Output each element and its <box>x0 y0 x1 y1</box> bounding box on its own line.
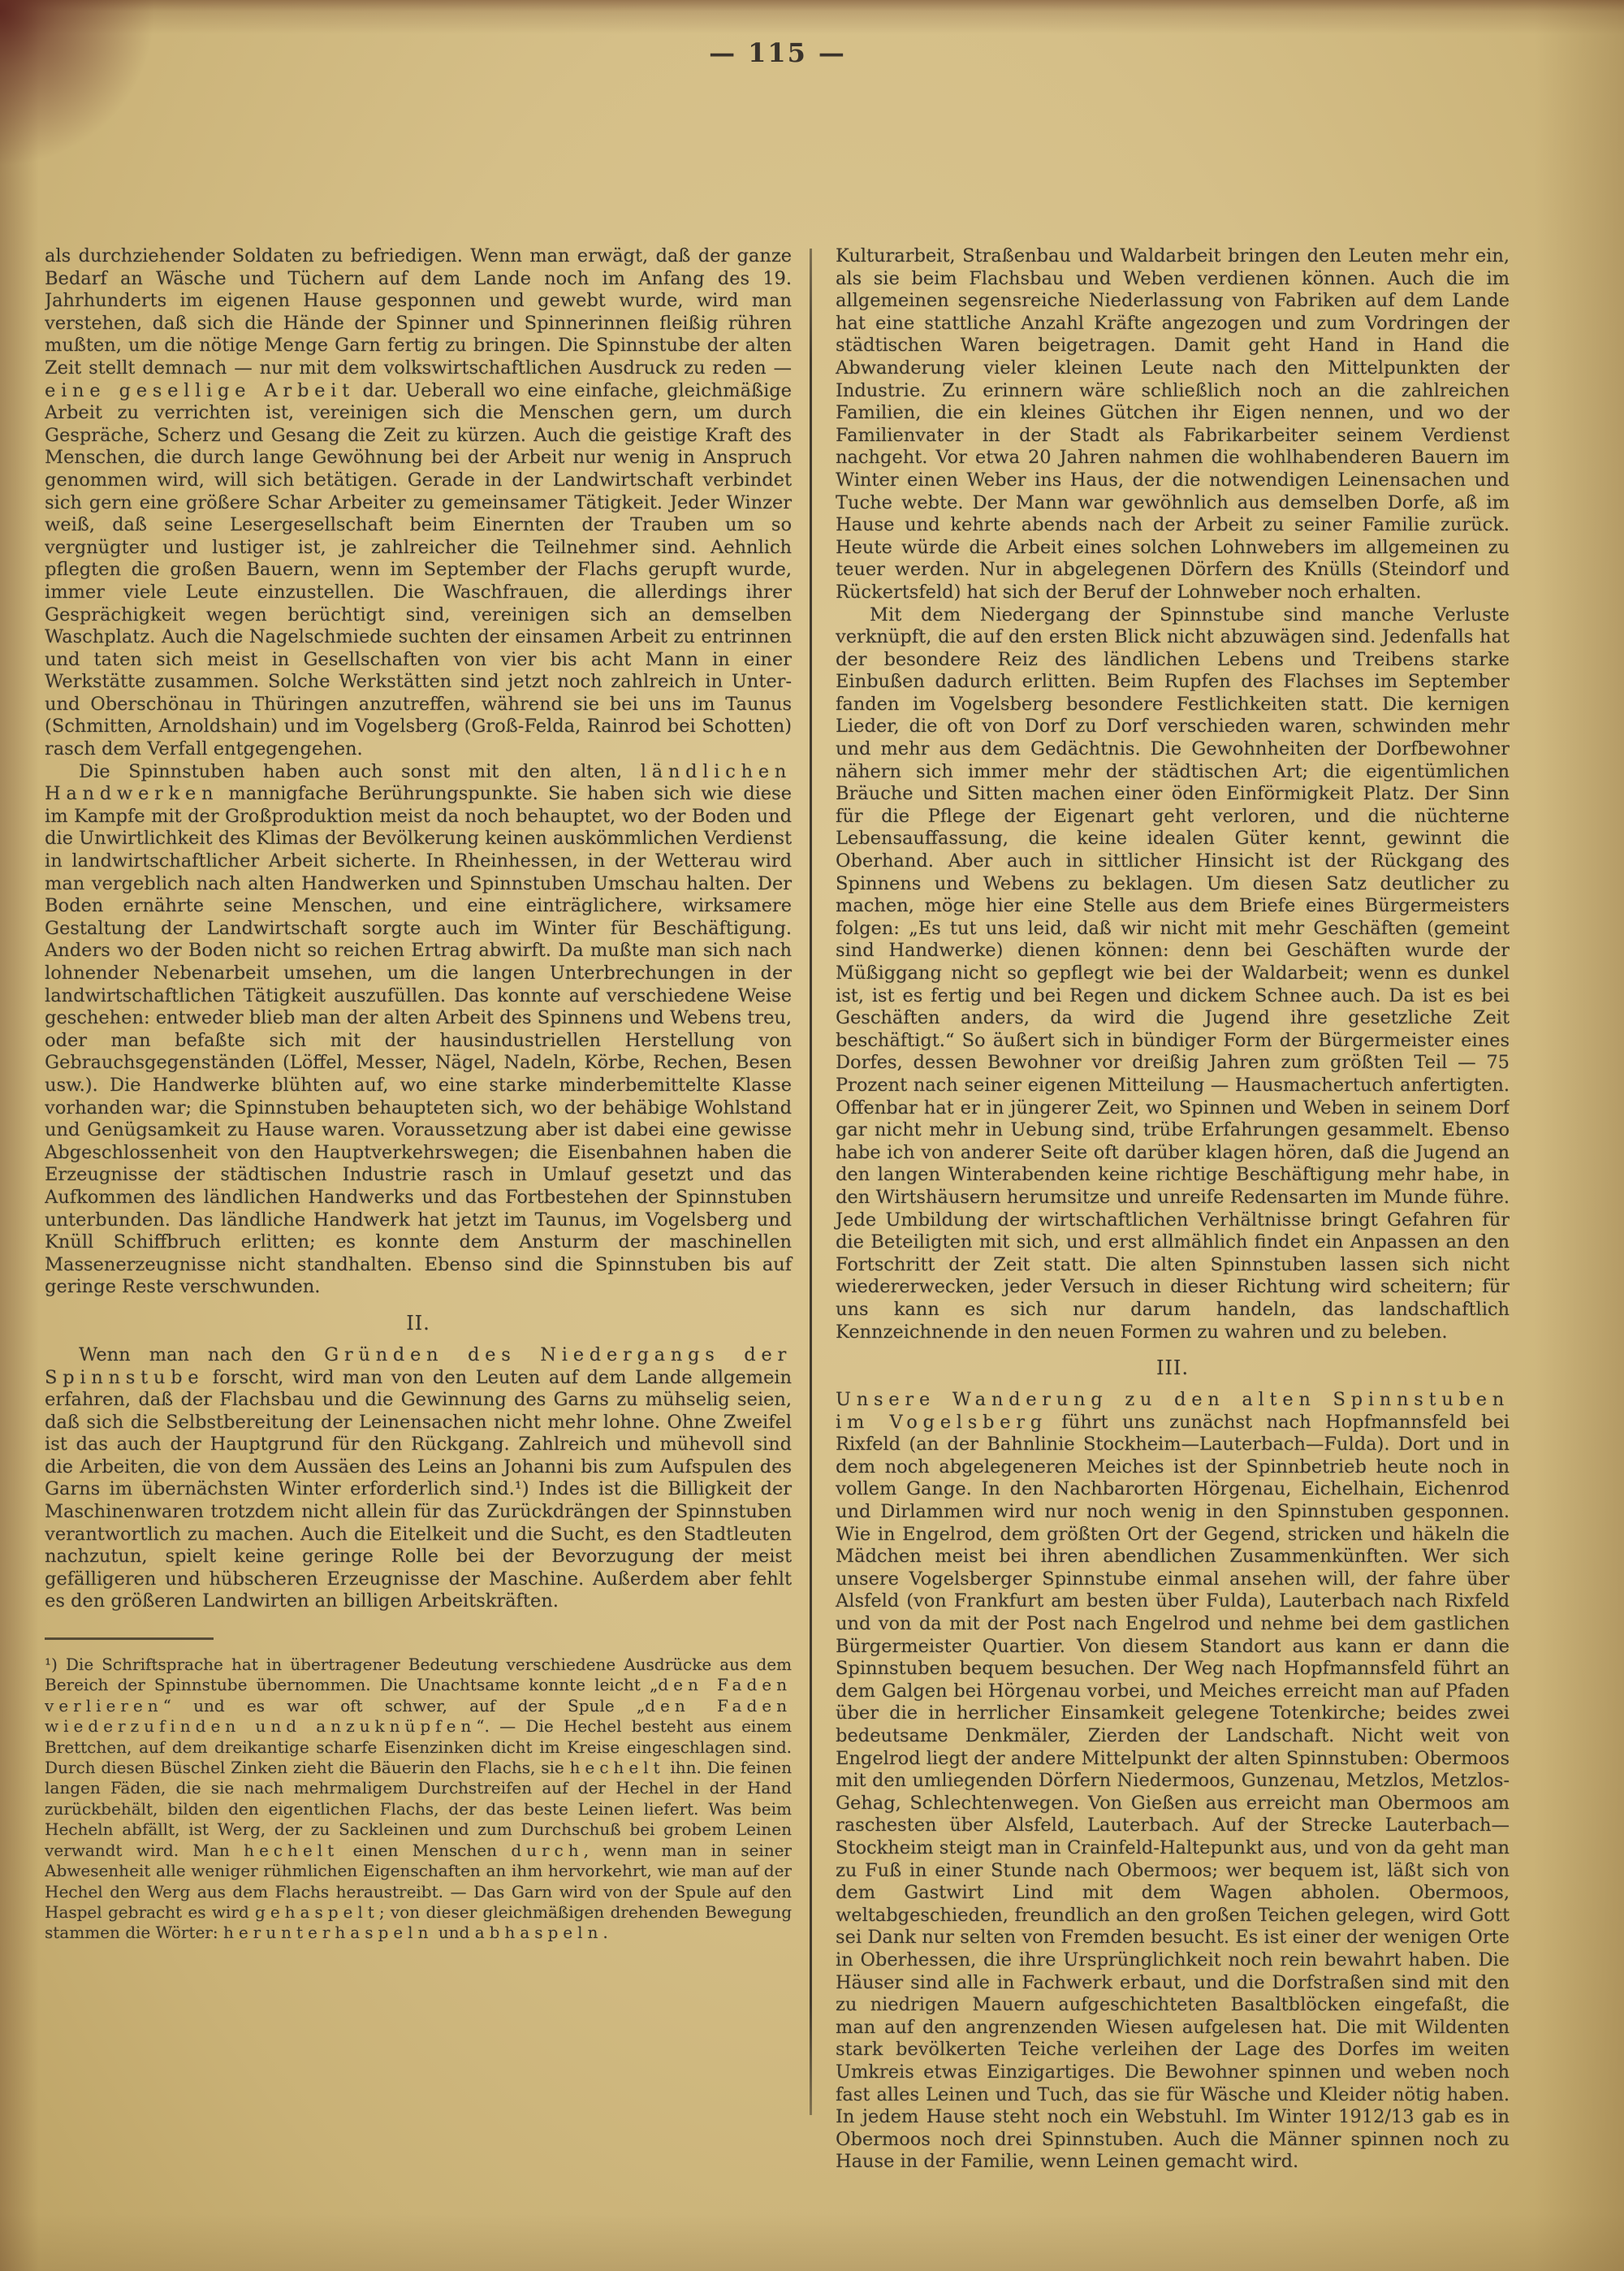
left-column: als durchziehender Soldaten zu befriedig… <box>45 245 792 2243</box>
header-dash-left: — <box>698 37 748 68</box>
right-paragraph-1: Kulturarbeit, Straßenbau und Waldarbeit … <box>836 245 1510 604</box>
right-paragraph-3: Unsere Wanderung zu den alten Spinnstube… <box>836 1389 1510 2174</box>
footnote-1: ¹) Die Schriftsprache hat in übertragene… <box>45 1655 792 1944</box>
page-number: 115 <box>748 37 807 68</box>
section-heading-ii: II. <box>45 1312 792 1334</box>
footnote-separator-rule <box>45 1637 214 1640</box>
left-paragraph-3: Wenn man nach den Gründen des Niedergang… <box>45 1344 792 1613</box>
right-column: Kulturarbeit, Straßenbau und Waldarbeit … <box>836 245 1510 2243</box>
text-columns: als durchziehender Soldaten zu befriedig… <box>45 245 1510 2243</box>
book-page: —115— als durchziehender Soldaten zu bef… <box>0 0 1624 2271</box>
right-paragraph-2: Mit dem Niedergang der Spinnstube sind m… <box>836 604 1510 1344</box>
left-paragraph-1: als durchziehender Soldaten zu befriedig… <box>45 245 792 761</box>
section-heading-iii: III. <box>836 1356 1510 1379</box>
page-header: —115— <box>45 37 1510 68</box>
left-paragraph-2: Die Spinnstuben haben auch sonst mit den… <box>45 761 792 1299</box>
header-dash-right: — <box>807 37 857 68</box>
